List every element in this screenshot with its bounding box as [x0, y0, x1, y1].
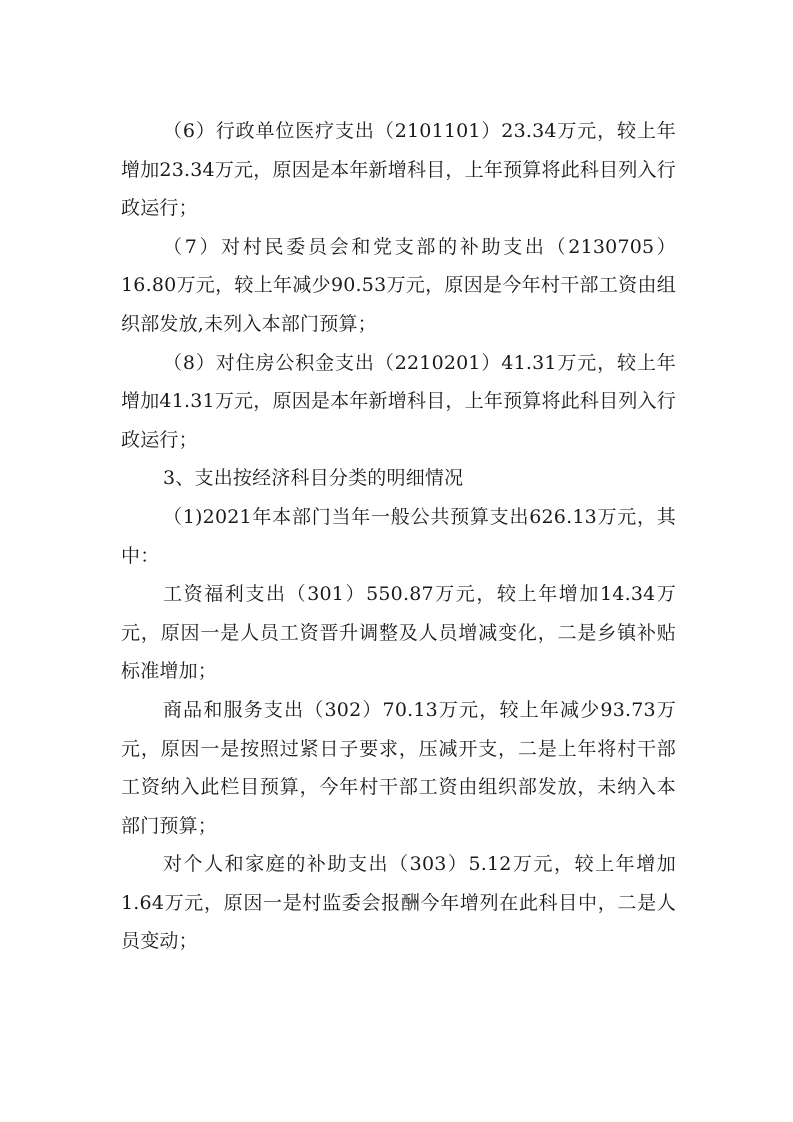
paragraph-item-8: （8）对住房公积金支出（2210201）41.31万元，较上年增加41.31万元…	[121, 344, 676, 460]
paragraph-item-7: （7）对村民委员会和党支部的补助支出（2130705）16.80万元，较上年减少…	[121, 228, 676, 344]
document-page: （6）行政单位医疗支出（2101101）23.34万元，较上年增加23.34万元…	[121, 112, 676, 961]
paragraph-econ-303: 对个人和家庭的补助支出（303）5.12万元，较上年增加1.64万元，原因一是村…	[121, 845, 676, 961]
section-heading-3: 3、支出按经济科目分类的明细情况	[121, 459, 676, 498]
paragraph-sub-1: （1)2021年本部门当年一般公共预算支出626.13万元，其中：	[121, 498, 676, 575]
paragraph-econ-302: 商品和服务支出（302）70.13万元，较上年减少93.73万元，原因一是按照过…	[121, 691, 676, 845]
paragraph-item-6: （6）行政单位医疗支出（2101101）23.34万元，较上年增加23.34万元…	[121, 112, 676, 228]
paragraph-econ-301: 工资福利支出（301）550.87万元，较上年增加14.34万元，原因一是人员工…	[121, 575, 676, 691]
